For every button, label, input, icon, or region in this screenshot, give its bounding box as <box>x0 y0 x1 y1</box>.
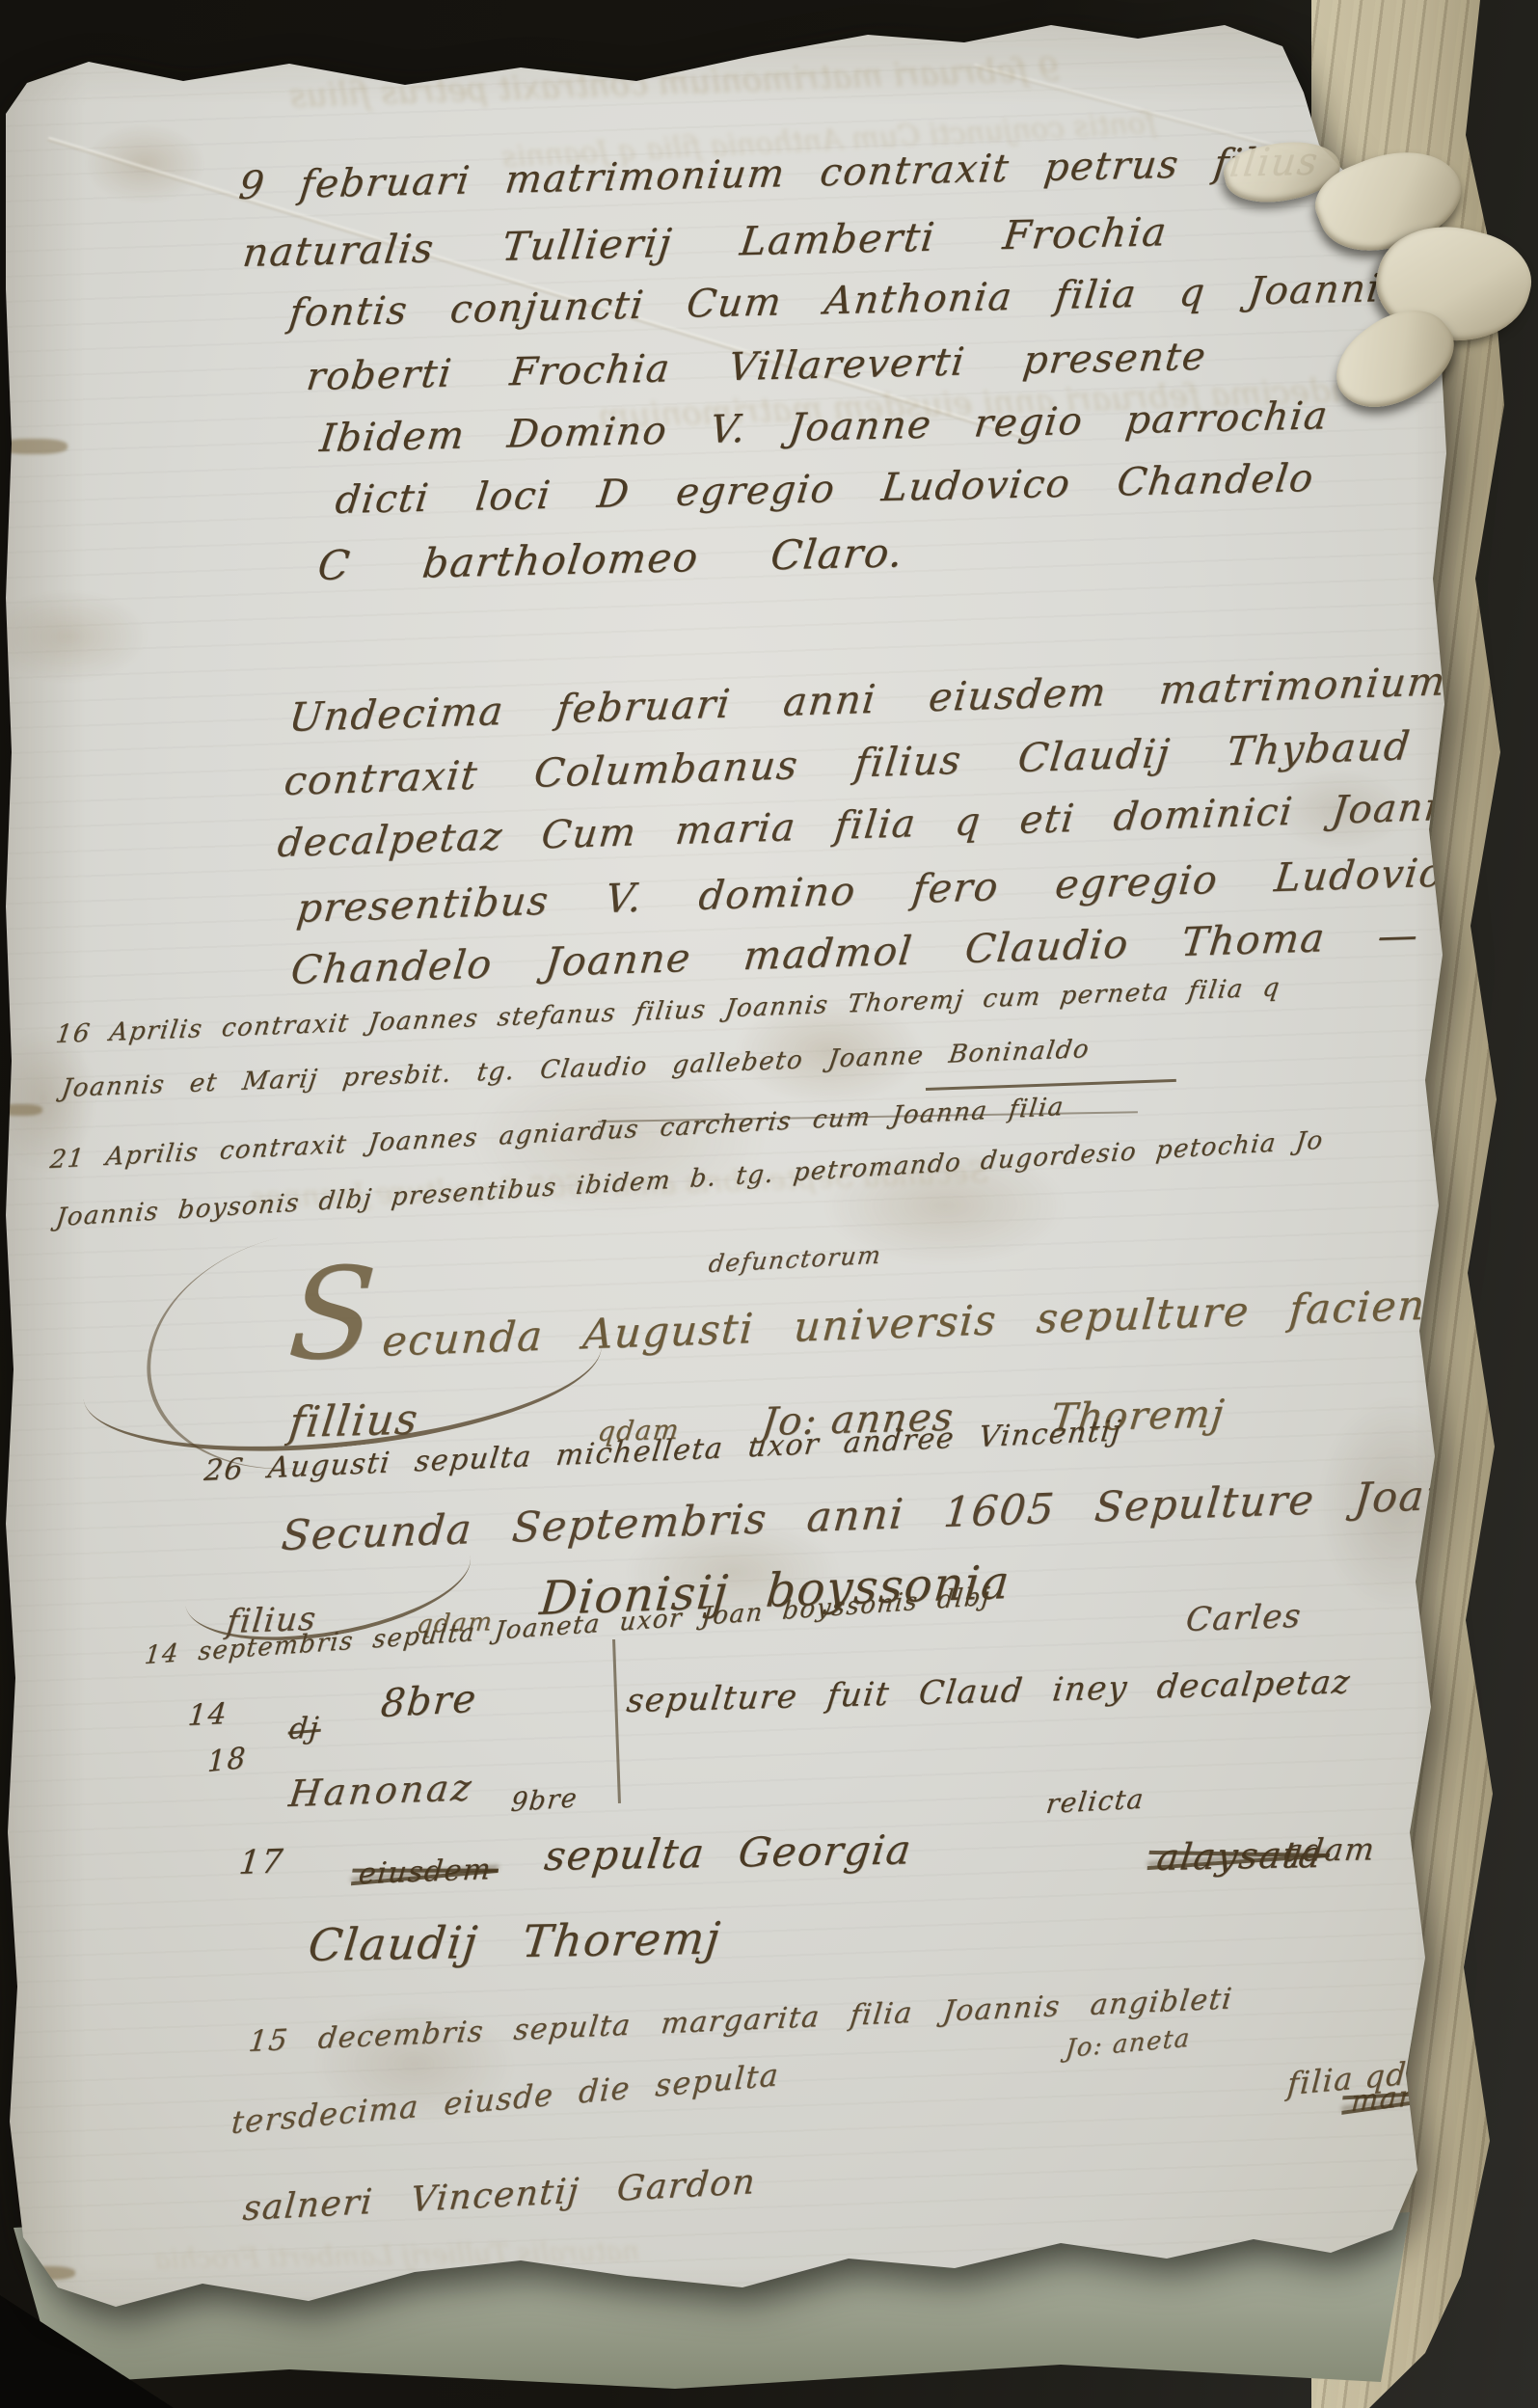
nov-superscript: 9bre <box>509 1783 579 1818</box>
manuscript-page: 9 februari matrimonium contraxit petrus … <box>0 0 1538 2408</box>
entry-dec13-inserted-name: Jo: aneta <box>1065 2023 1192 2064</box>
entry-oct-struck-word: dj <box>287 1711 321 1746</box>
entry-nov17-qdam: qdam <box>1281 1830 1378 1869</box>
entry-dec13-tail: filia qdam <box>1286 2050 1459 2102</box>
entry-oct-text: sepulture fuit Claud iney decalpetaz <box>625 1663 1353 1720</box>
entry-apr16-line-1: 16 Aprilis contraxit Joannes stefanus fi… <box>54 973 1282 1049</box>
entry-feb9-line-2: naturalis Tullierij Lamberti Frochia <box>240 208 1170 276</box>
entry-feb9-line-7: C bartholomeo Claro. <box>315 528 906 589</box>
entry-oct-month: 8bre <box>379 1677 479 1727</box>
entry-nov17-inserted-word: relicta <box>1044 1783 1147 1821</box>
bleed-through-writing: 9 februari matrimonium contraxit petrus … <box>289 50 1061 116</box>
margin-ink-smudge <box>0 1104 42 1116</box>
burials-heading-text: ecunda Augusti universis sepulture facie… <box>381 1280 1471 1366</box>
margin-day-18: 18 <box>206 1742 247 1780</box>
entry-sep2-carles: Carles <box>1184 1597 1304 1639</box>
flourished-initial: S <box>285 1262 380 1366</box>
entry-feb9-line-3: fontis conjuncti Cum Anthonia filia q Jo… <box>286 266 1404 336</box>
manuscript-photo: 9 februari matrimonium contraxit petrus … <box>0 0 1538 2408</box>
margin-ink-smudge <box>17 2266 75 2280</box>
entry-sep2-line-1: Secunda Septembris anni 1605 Sepulture J… <box>280 1469 1532 1560</box>
burials-filius-word: fillius <box>286 1394 421 1448</box>
entry-dec13-line-2: salneri Vincentij Gardon <box>241 2162 758 2229</box>
entry-nov17-struck-word: eiusdem <box>357 1853 494 1891</box>
hanonaz-note: Hanonaz <box>286 1766 476 1815</box>
entry-oct-day: 14 <box>186 1697 229 1733</box>
entry-apr16-line-2: Joannis et Marij presbit. tg. Claudio ga… <box>60 1035 1092 1103</box>
pen-stroke <box>612 1639 621 1803</box>
entry-feb9-line-6: dicti loci D egregio Ludovico Chandelo <box>333 456 1316 523</box>
bleed-through-writing: naturalis Tullierij Lamberti Frochia <box>154 2235 640 2276</box>
burials-heading: S ecunda Augusti universis sepulture fac… <box>285 1224 1475 1369</box>
manuscript-page-wrap: 9 februari matrimonium contraxit petrus … <box>0 0 1538 2408</box>
margin-ink-smudge <box>0 439 67 454</box>
entry-nov17-line-2: Claudij Thoremj <box>306 1911 723 1971</box>
entry-nov17-day: 17 <box>237 1842 285 1882</box>
entry-nov17-text: sepulta Georgia <box>542 1826 915 1880</box>
entry-dec13-text: tersdecima eiusde die sepulta <box>230 2056 781 2141</box>
ink-underline <box>926 1079 1176 1091</box>
